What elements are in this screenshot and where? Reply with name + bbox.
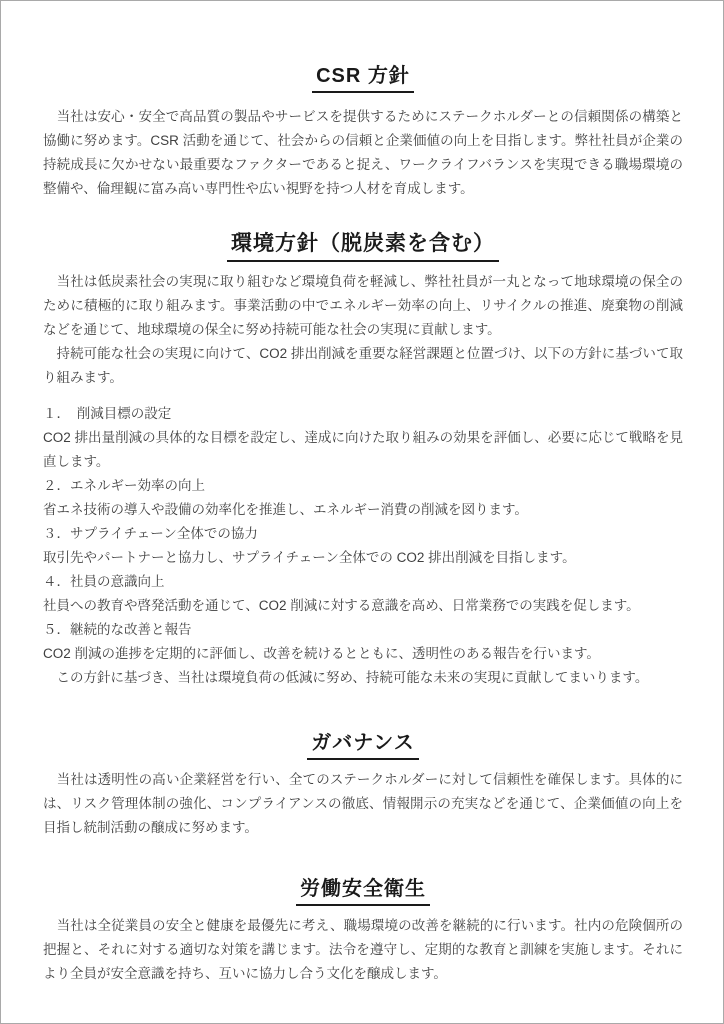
list-item-body: CO2 削減の進捗を定期的に評価し、改善を続けるとともに、透明性のある報告を行い… bbox=[43, 642, 683, 666]
list-item: ２．エネルギー効率の向上 省エネ技術の導入や設備の効率化を推進し、エネルギー消費… bbox=[43, 474, 683, 522]
governance-section-title: ガバナンス bbox=[43, 720, 683, 760]
environment-section-title: 環境方針（脱炭素を含む） bbox=[43, 221, 683, 262]
environment-section-title-text: 環境方針（脱炭素を含む） bbox=[227, 230, 499, 262]
environment-intro-paragraph-1: 当社は低炭素社会の実現に取り組むなど環境負荷を軽減し、弊社社員が一丸となって地球… bbox=[43, 270, 683, 342]
csr-section-paragraph: 当社は安心・安全で高品質の製品やサービスを提供するためにステークホルダーとの信頼… bbox=[43, 105, 683, 201]
list-item: ３．サプライチェーン全体での協力 取引先やパートナーと協力し、サプライチェーン全… bbox=[43, 522, 683, 570]
document-content: CSR 方針 当社は安心・安全で高品質の製品やサービスを提供するためにステークホ… bbox=[1, 1, 723, 986]
list-item-body: 省エネ技術の導入や設備の効率化を推進し、エネルギー消費の削減を図ります。 bbox=[43, 498, 683, 522]
environment-closing-paragraph: この方針に基づき、当社は環境負荷の低減に努め、持続可能な未来の実現に貢献してまい… bbox=[43, 666, 683, 690]
list-item-heading: ５．継続的な改善と報告 bbox=[43, 618, 683, 642]
section-governance: ガバナンス 当社は透明性の高い企業経営を行い、全てのステークホルダーに対して信頼… bbox=[43, 720, 683, 840]
list-item-body: 社員への教育や啓発活動を通じて、CO2 削減に対する意識を高め、日常業務での実践… bbox=[43, 594, 683, 618]
safety-section-title-text: 労働安全衛生 bbox=[296, 876, 430, 906]
section-safety: 労働安全衛生 当社は全従業員の安全と健康を最優先に考え、職場環境の改善を継続的に… bbox=[43, 866, 683, 986]
governance-section-paragraph: 当社は透明性の高い企業経営を行い、全てのステークホルダーに対して信頼性を確保しま… bbox=[43, 768, 683, 840]
list-item-heading: ４．社員の意識向上 bbox=[43, 570, 683, 594]
list-item: １． 削減目標の設定 CO2 排出量削減の具体的な目標を設定し、達成に向けた取り… bbox=[43, 402, 683, 474]
safety-section-paragraph: 当社は全従業員の安全と健康を最優先に考え、職場環境の改善を継続的に行います。社内… bbox=[43, 914, 683, 986]
document-page: CSR 方針 当社は安心・安全で高品質の製品やサービスを提供するためにステークホ… bbox=[0, 0, 724, 1024]
section-csr: CSR 方針 当社は安心・安全で高品質の製品やサービスを提供するためにステークホ… bbox=[43, 53, 683, 201]
list-item-body: 取引先やパートナーと協力し、サプライチェーン全体での CO2 排出削減を目指しま… bbox=[43, 546, 683, 570]
list-item: ５．継続的な改善と報告 CO2 削減の進捗を定期的に評価し、改善を続けるとともに… bbox=[43, 618, 683, 666]
safety-section-title: 労働安全衛生 bbox=[43, 866, 683, 906]
environment-policy-list: １． 削減目標の設定 CO2 排出量削減の具体的な目標を設定し、達成に向けた取り… bbox=[43, 402, 683, 666]
list-item: ４．社員の意識向上 社員への教育や啓発活動を通じて、CO2 削減に対する意識を高… bbox=[43, 570, 683, 618]
csr-section-title-text: CSR 方針 bbox=[312, 63, 414, 93]
csr-section-title: CSR 方針 bbox=[43, 53, 683, 93]
governance-section-title-text: ガバナンス bbox=[307, 730, 418, 760]
list-item-body: CO2 排出量削減の具体的な目標を設定し、達成に向けた取り組みの効果を評価し、必… bbox=[43, 426, 683, 474]
section-environment: 環境方針（脱炭素を含む） 当社は低炭素社会の実現に取り組むなど環境負荷を軽減し、… bbox=[43, 221, 683, 690]
list-item-heading: １． 削減目標の設定 bbox=[43, 402, 683, 426]
list-item-heading: ３．サプライチェーン全体での協力 bbox=[43, 522, 683, 546]
environment-intro-paragraph-2: 持続可能な社会の実現に向けて、CO2 排出削減を重要な経営課題と位置づけ、以下の… bbox=[43, 342, 683, 390]
list-item-heading: ２．エネルギー効率の向上 bbox=[43, 474, 683, 498]
